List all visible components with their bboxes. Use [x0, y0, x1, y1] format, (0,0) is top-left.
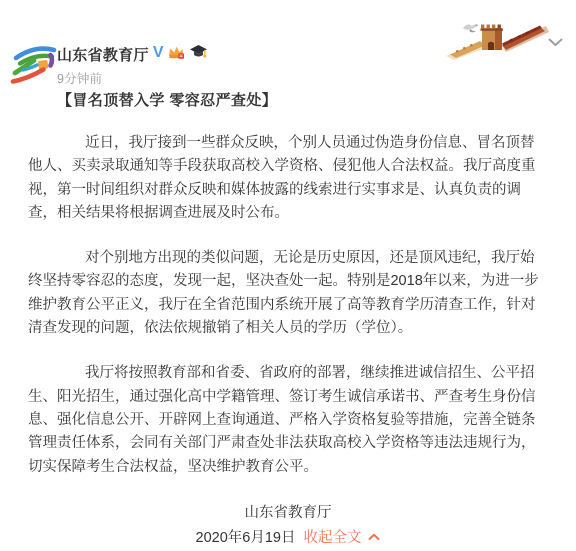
post-paragraph: 近日，我厅接到一些群众反映，个别人员通过伪造身份信息、冒名顶替他人、买卖录取通知… — [28, 132, 548, 225]
great-wall-bird-icon — [446, 16, 550, 62]
verified-v-icon: V — [153, 45, 164, 61]
signature-block: 山东省教育厅 2020年6月19日收起全文 — [28, 501, 548, 551]
crown-badge-icon — [167, 44, 185, 65]
post-title: 【冒名顶替入学 零容忍严查处】 — [57, 89, 277, 110]
great-wall-illustration — [446, 16, 550, 62]
post-paragraph: 对个别地方出现的类似问题，无论是历史原因，还是顶风违纪，我厅始终坚持零容忍的态度… — [28, 247, 548, 340]
post-timestamp: 9分钟前 — [57, 69, 102, 87]
graduation-cap-icon — [189, 44, 208, 65]
collapse-full-text-link[interactable]: 收起全文 — [303, 530, 380, 546]
post-body: 近日，我厅接到一些群众反映，个别人员通过伪造身份信息、冒名顶替他人、买卖录取通知… — [28, 132, 548, 551]
author-name[interactable]: 山东省教育厅 — [57, 44, 149, 65]
chevron-down-icon[interactable] — [545, 33, 565, 51]
chevron-up-icon[interactable] — [368, 525, 380, 550]
signature-name: 山东省教育厅 — [28, 501, 548, 526]
signature-date-row: 2020年6月19日收起全文 — [28, 526, 548, 551]
post-paragraph: 我厅将按照教育部和省委、省政府的部署，继续推进诚信招生、公平招生、阳光招生，通过… — [28, 362, 548, 478]
bird-icon — [463, 24, 478, 32]
shandong-education-logo-icon — [9, 39, 58, 88]
post-date: 2020年6月19日 — [196, 530, 296, 546]
avatar[interactable] — [9, 39, 58, 88]
author-row: 山东省教育厅 V — [57, 45, 208, 63]
